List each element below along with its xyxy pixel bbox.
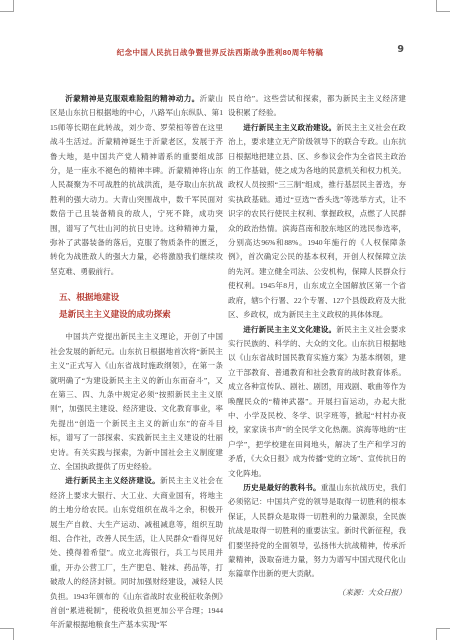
section-heading: 五、根据地建设 是新民主主义建设的成功探索 [50,289,223,323]
paragraph-text-politics: 新民主主义社会在政治上，要求建立无产阶级领导下的联合专政。山东抗日根据地把建立县… [228,123,406,319]
paragraph-lead-history: 历史是最好的教科书。 [243,483,321,492]
paragraph-lead-economy: 进行新民主主义经济建设。 [65,476,160,485]
paragraph-economy: 进行新民主主义经济建设。新民主主义社会在经济上要求大银行、大工业、大商业国有，将… [50,474,223,632]
paragraph-lead-yimeng: 沂蒙精神是克服艰难险阻的精神动力。 [65,94,199,103]
section-heading-line2: 是新民主主义建设的成功探索 [59,306,223,323]
paragraph-economy-continued: 民自给”。这些尝试和探索，都为新民主主义经济建设积累了经验。 [228,92,406,121]
running-head-title: 纪念中国人民抗日战争暨世界反法西斯战争胜利80周年特稿 [10,47,430,58]
source-note: （来源：大众日报） [228,586,406,600]
magazine-page: 纪念中国人民抗日战争暨世界反法西斯战争胜利80周年特稿 9 沂蒙精神是克服艰难险… [0,0,450,640]
paragraph-text-yimeng: 沂蒙山区是山东抗日根据地的中心，八路军山东纵队、第115师等长期在此转战，刘少奇… [50,94,223,276]
paragraph-yimeng-spirit: 沂蒙精神是克服艰难险阻的精神动力。沂蒙山区是山东抗日根据地的中心，八路军山东纵队… [50,92,223,279]
paragraph-lead-politics: 进行新民主主义政治建设。 [243,123,336,132]
paragraph-text-history: 重温山东抗战历史，我们必须铭记：中国共产党的领导是取得一切胜利的根本保证，人民群… [228,483,406,578]
paragraph-new-democracy-intro: 中国共产党提出新民主主义理论，开创了中国社会发展的新纪元。山东抗日根据地首次将“… [50,330,223,474]
paragraph-politics: 进行新民主主义政治建设。新民主主义社会在政治上，要求建立无产阶级领导下的联合专政… [228,121,406,323]
paragraph-text-culture: 新民主主义社会要求实行民族的、科学的、大众的文化。山东抗日根据地以《山东省战时国… [228,325,406,478]
paragraph-history-lesson: 历史是最好的教科书。重温山东抗战历史，我们必须铭记：中国共产党的领导是取得一切胜… [228,481,406,582]
paragraph-text-intro: 中国共产党提出新民主主义理论，开创了中国社会发展的新纪元。山东抗日根据地首次将“… [50,332,223,471]
crop-mark-top-right [436,0,450,12]
crop-mark-bottom-left [0,628,14,640]
paragraph-text-economy: 新民主主义社会在经济上要求大银行、大工业、大商业国有，将地主的土地分给农民。山东… [50,476,223,629]
left-column: 沂蒙精神是克服艰难险阻的精神动力。沂蒙山区是山东抗日根据地的中心，八路军山东纵队… [50,92,223,633]
paragraph-lead-culture: 进行新民主主义文化建设。 [243,325,336,334]
page-number: 9 [397,44,404,55]
crop-mark-top-left [0,0,14,12]
paragraph-culture: 进行新民主主义文化建设。新民主主义社会要求实行民族的、科学的、大众的文化。山东抗… [228,323,406,481]
paragraph-text-economy-cont: 民自给”。这些尝试和探索，都为新民主主义经济建设积累了经验。 [228,94,406,117]
crop-mark-bottom-right [436,628,450,640]
right-column: 民自给”。这些尝试和探索，都为新民主主义经济建设积累了经验。 进行新民主主义政治… [228,92,406,600]
section-heading-line1: 五、根据地建设 [59,289,223,306]
